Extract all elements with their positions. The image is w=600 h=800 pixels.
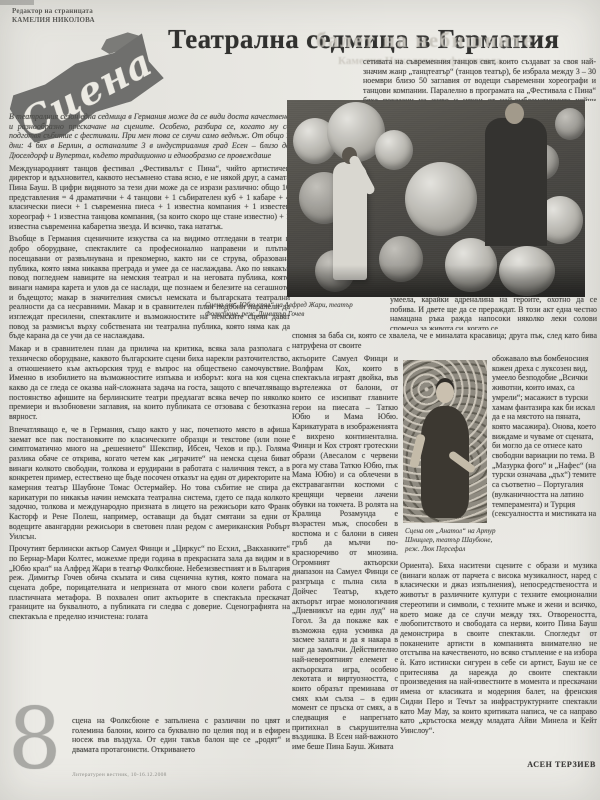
photo-anatol-portrait	[403, 360, 487, 523]
balloon	[445, 238, 497, 292]
balloon	[375, 130, 413, 170]
balloon	[555, 108, 585, 140]
newspaper-footer-line: Литературен вестник, 10-16.12.2008	[72, 772, 167, 778]
right-narrow-column: обожавало във бомбеносния кожен дреха с …	[492, 354, 598, 559]
photo1-caption: Сцена от „Юбю крал“ на Алфред Жари, теат…	[205, 301, 373, 319]
right-intro-text: сетивата на съвременния танцов свят, кои…	[363, 57, 596, 101]
page-number: 8	[8, 700, 61, 778]
editor-label: Редактор на страницата	[12, 7, 95, 16]
body-paragraph: Макар и в сравнителен план да прилича на…	[9, 344, 290, 422]
body-paragraph: Въобще в Германия сценичните изкуства са…	[9, 234, 290, 341]
editor-name: КАМЕЛИЯ НИКОЛОВА	[12, 16, 95, 25]
actress-head	[436, 382, 454, 403]
actor-head	[505, 103, 524, 124]
body-paragraph: Прочутият берлински актьор Самуел Финци …	[9, 544, 290, 622]
actor-silhouette-white-shirt	[333, 162, 367, 280]
actress-arm	[409, 433, 426, 468]
scan-artifact	[0, 0, 34, 5]
closing-paragraph: сцена на Фолксбюне е запълнена с различн…	[72, 716, 290, 768]
actress-silhouette	[421, 406, 469, 518]
balloon	[499, 246, 555, 296]
editor-credit: Редактор на страницата КАМЕЛИЯ НИКОЛОВА	[12, 7, 95, 25]
balloon	[379, 236, 423, 282]
lead-paragraph: В театралния сезон една седмица в Герман…	[9, 112, 290, 161]
right-middle-column: актьорите Самуел Финци и Волфрам Кох, ко…	[292, 354, 398, 758]
author-byline: АСЕН ТЕРЗИЕВ	[400, 760, 596, 769]
photo-ubu-roi-balloons	[287, 100, 585, 297]
body-paragraph: Впечатляващо е, че в Германия, също какт…	[9, 425, 290, 541]
bleedthrough-headline: балет на небишните	[316, 28, 534, 53]
actor-silhouette-dark-suit	[485, 118, 547, 246]
body-paragraph: Международният танцов фестивал „Фестивал…	[9, 164, 290, 232]
right-bottom-block: Ориента). Бяха наситени сцените с образи…	[400, 561, 597, 754]
right-bridge-lines: спомня за баба си, която се хвалела, че …	[292, 331, 597, 352]
balloon	[405, 162, 477, 236]
actress-arm	[448, 450, 477, 474]
left-column: В театралния сезон една седмица в Герман…	[9, 112, 290, 700]
photo2-caption: Сцена от „Анатол“ на Артур Шницлер, теат…	[405, 527, 505, 553]
right-beside-caption-text: умеела, карайки адреналина на героите, о…	[390, 295, 597, 330]
newspaper-page: Редактор на страницата КАМЕЛИЯ НИКОЛОВА …	[0, 0, 600, 800]
